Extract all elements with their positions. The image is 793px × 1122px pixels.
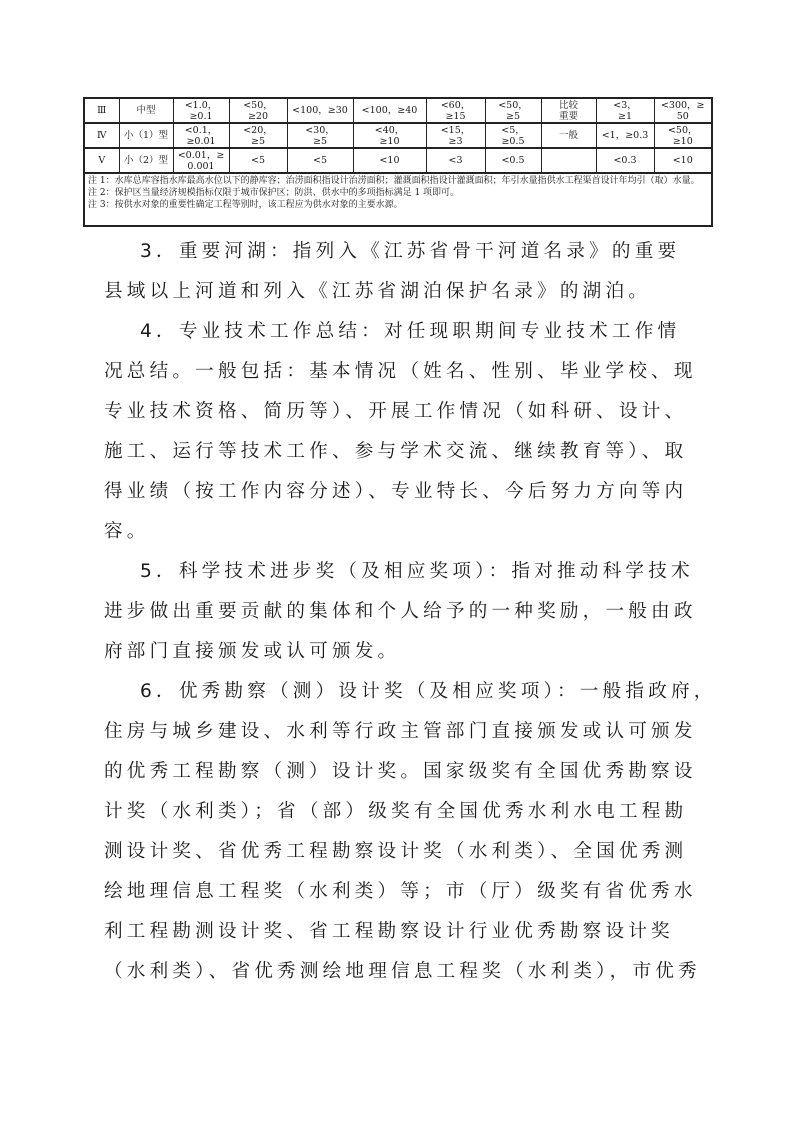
text-line: 测设计奖、省优秀工程勘察设计奖（水利类）、全国优秀测 — [104, 832, 694, 872]
value-cell: <3 — [426, 148, 485, 173]
value-cell: 一般 — [541, 123, 596, 148]
text-line: 5．科学技术进步奖（及相应奖项）：指对推动科学技术 — [104, 552, 694, 592]
paragraph-important-rivers-lakes: 3．重要河湖：指列入《江苏省骨干河道名录》的重要 县域以上河道和列入《江苏省湖泊… — [104, 232, 694, 312]
value-cell: 比较重要 — [541, 98, 596, 123]
text-line: 府部门直接颁发或认可颁发。 — [104, 632, 694, 672]
scale-cell: 中型 — [119, 98, 173, 123]
body-text: 3．重要河湖：指列入《江苏省骨干河道名录》的重要 县域以上河道和列入《江苏省湖泊… — [104, 232, 694, 992]
value-cell: <50，≥20 — [229, 98, 287, 123]
value-cell: <3，≥1 — [596, 98, 654, 123]
table-note: 注 2：保护区当量经济规模指标仅限于城市保护区；防洪、供水中的多项指标满足 1 … — [88, 187, 708, 199]
document-page: Ⅲ中型<1.0，≥0.1<50，≥20<100，≥30<100，≥40<60，≥… — [0, 0, 793, 1122]
table-notes-row: 注 1：水库总库容指水库最高水位以下的静库容；治涝面积指设计治涝面积；灌溉面积指… — [84, 173, 712, 226]
value-cell: <0.3 — [596, 148, 654, 173]
value-cell: <100，≥30 — [287, 98, 353, 123]
table-note: 注 3：按供水对象的重要性确定工程等别时，该工程应为供水对象的主要水源。 — [88, 199, 708, 211]
table-row: Ⅲ中型<1.0，≥0.1<50，≥20<100，≥30<100，≥40<60，≥… — [84, 98, 712, 123]
text-line: 容。 — [104, 512, 694, 552]
text-line: 6．优秀勘察（测）设计奖（及相应奖项）：一般指政府， — [104, 672, 694, 712]
value-cell: <60，≥15 — [426, 98, 485, 123]
grade-cell: Ⅴ — [84, 148, 119, 173]
text-line: 利工程勘测设计奖、省工程勘察设计行业优秀勘察设计奖 — [104, 912, 694, 952]
value-cell: <10 — [353, 148, 426, 173]
value-cell: <5 — [229, 148, 287, 173]
text-line: 计奖（水利类）；省（部）级奖有全国优秀水利水电工程勘 — [104, 792, 694, 832]
value-cell: <0.5 — [485, 148, 541, 173]
text-line: 专业技术资格、简历等）、开展工作情况（如科研、设计、 — [104, 392, 694, 432]
value-cell: <40，≥10 — [353, 123, 426, 148]
table-notes: 注 1：水库总库容指水库最高水位以下的静库容；治涝面积指设计治涝面积；灌溉面积指… — [84, 173, 712, 226]
text-line: 绘地理信息工程奖（水利类）等；市（厅）级奖有省优秀水 — [104, 872, 694, 912]
value-cell: <1，≥0.3 — [596, 123, 654, 148]
value-cell: <100，≥40 — [353, 98, 426, 123]
table-row: Ⅳ小（1）型<0.1，≥0.01<20，≥5<30，≥5<40，≥10<15，≥… — [84, 123, 712, 148]
text-line: 进步做出重要贡献的集体和个人给予的一种奖励，一般由政 — [104, 592, 694, 632]
grade-cell: Ⅳ — [84, 123, 119, 148]
value-cell: <5，≥0.5 — [485, 123, 541, 148]
scale-cell: 小（2）型 — [119, 148, 173, 173]
paragraph-science-tech-award: 5．科学技术进步奖（及相应奖项）：指对推动科学技术 进步做出重要贡献的集体和个人… — [104, 552, 694, 672]
text-line: 4．专业技术工作总结：对任现职期间专业技术工作情 — [104, 312, 694, 352]
text-line: 住房与城乡建设、水利等行政主管部门直接颁发或认可颁发 — [104, 712, 694, 752]
table-row: Ⅴ小（2）型<0.01，≥0.001<5<5<10<3<0.5<0.3<10 — [84, 148, 712, 173]
engineering-grade-table: Ⅲ中型<1.0，≥0.1<50，≥20<100，≥30<100，≥40<60，≥… — [83, 97, 713, 227]
value-cell: <300，≥50 — [654, 98, 712, 123]
text-line: 况总结。一般包括：基本情况（姓名、性别、毕业学校、现 — [104, 352, 694, 392]
value-cell: <50，≥10 — [654, 123, 712, 148]
grade-cell: Ⅲ — [84, 98, 119, 123]
value-cell — [541, 148, 596, 173]
paragraph-technical-work-summary: 4．专业技术工作总结：对任现职期间专业技术工作情 况总结。一般包括：基本情况（姓… — [104, 312, 694, 552]
value-cell: <50，≥5 — [485, 98, 541, 123]
text-line: 县域以上河道和列入《江苏省湖泊保护名录》的湖泊。 — [104, 272, 694, 312]
text-line: 得业绩（按工作内容分述）、专业特长、今后努力方向等内 — [104, 472, 694, 512]
table-note: 注 1：水库总库容指水库最高水位以下的静库容；治涝面积指设计治涝面积；灌溉面积指… — [88, 175, 708, 187]
value-cell: <20，≥5 — [229, 123, 287, 148]
value-cell: <1.0，≥0.1 — [173, 98, 229, 123]
paragraph-survey-design-award: 6．优秀勘察（测）设计奖（及相应奖项）：一般指政府， 住房与城乡建设、水利等行政… — [104, 672, 694, 992]
text-line: 3．重要河湖：指列入《江苏省骨干河道名录》的重要 — [104, 232, 694, 272]
value-cell: <15，≥3 — [426, 123, 485, 148]
scale-cell: 小（1）型 — [119, 123, 173, 148]
text-line: （水利类）、省优秀测绘地理信息工程奖（水利类），市优秀 — [104, 952, 694, 992]
value-cell: <30，≥5 — [287, 123, 353, 148]
value-cell: <0.01，≥0.001 — [173, 148, 229, 173]
text-line: 的优秀工程勘察（测）设计奖。国家级奖有全国优秀勘察设 — [104, 752, 694, 792]
text-line: 施工、运行等技术工作、参与学术交流、继续教育等）、取 — [104, 432, 694, 472]
value-cell: <0.1，≥0.01 — [173, 123, 229, 148]
value-cell: <10 — [654, 148, 712, 173]
value-cell: <5 — [287, 148, 353, 173]
